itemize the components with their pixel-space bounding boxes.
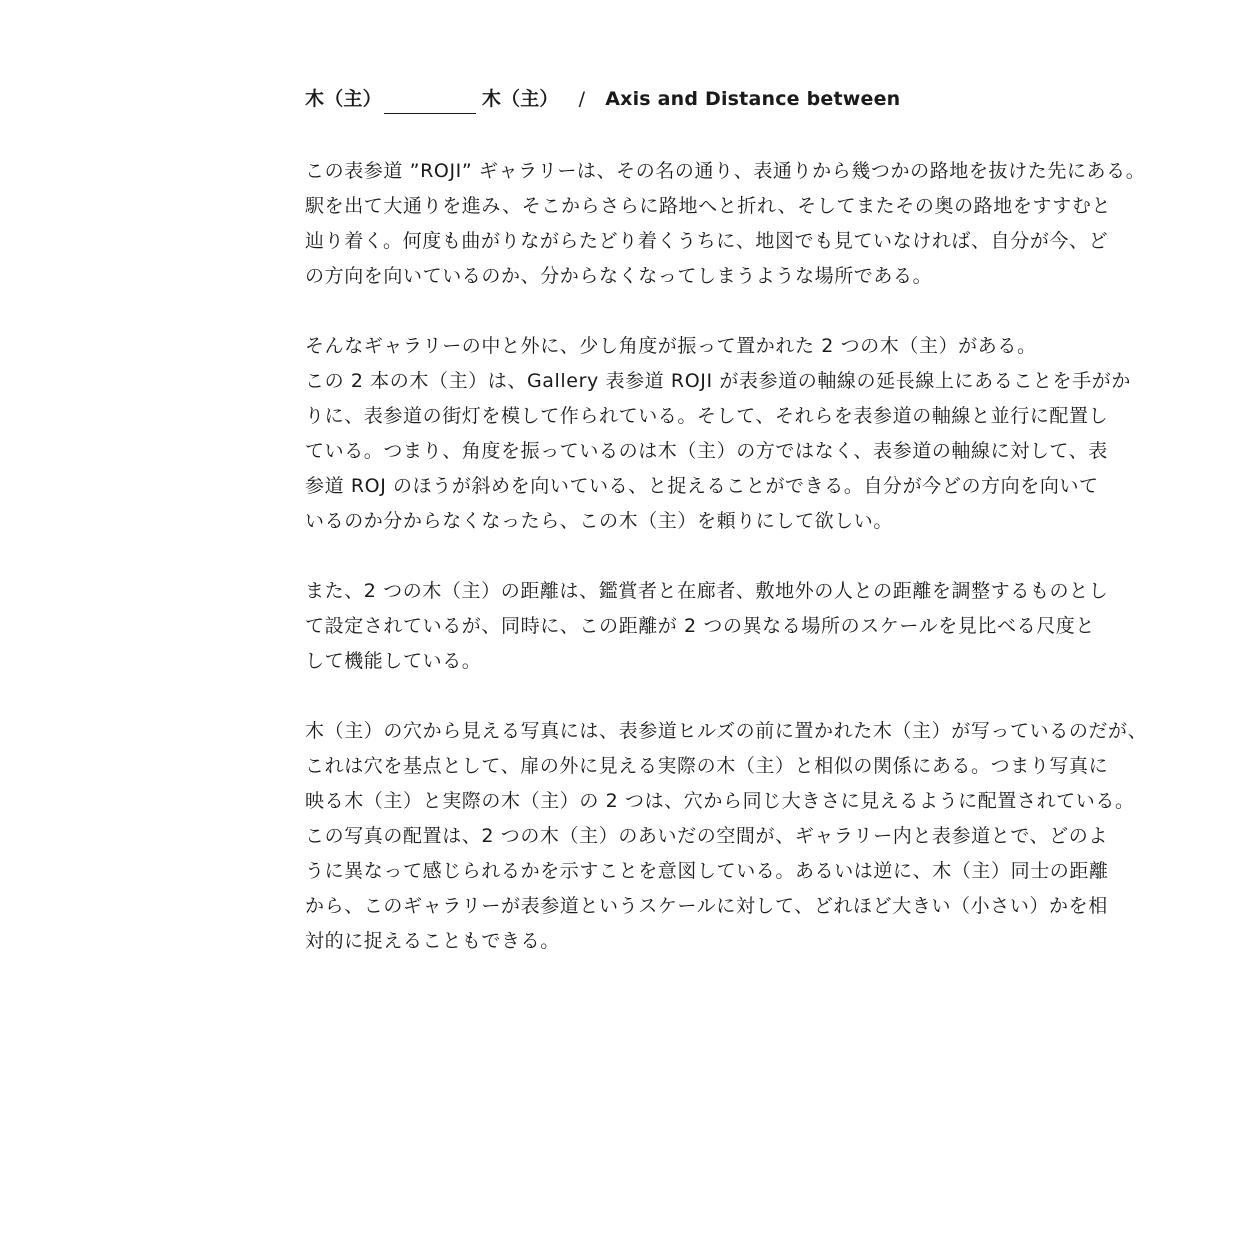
title-left-term: 木（主） (305, 88, 382, 110)
text-line: また、2 つの木（主）の距離は、鑑賞者と在廊者、敷地外の人との距離を調整するもの… (305, 574, 1165, 609)
paragraph-3: また、2 つの木（主）の距離は、鑑賞者と在廊者、敷地外の人との距離を調整するもの… (305, 574, 1165, 679)
text-line: いるのか分からなくなったら、この木（主）を頼りにして欲しい。 (305, 504, 1165, 539)
paragraph-1: この表参道 ”ROJI” ギャラリーは、その名の通り、表通りから幾つかの路地を抜… (305, 154, 1165, 294)
text-line: 参道 ROJ のほうが斜めを向いている、と捉えることができる。自分が今どの方向を… (305, 469, 1165, 504)
text-line: この 2 本の木（主）は、Gallery 表参道 ROJI が表参道の軸線の延長… (305, 364, 1165, 399)
text-line: 対的に捉えることもできる。 (305, 924, 1165, 959)
paragraph-4: 木（主）の穴から見える写真には、表参道ヒルズの前に置かれた木（主）が写っているの… (305, 714, 1165, 959)
text-line: りに、表参道の街灯を模して作られている。そして、それらを表参道の軸線と並行に配置… (305, 399, 1165, 434)
text-line: そんなギャラリーの中と外に、少し角度が振って置かれた 2 つの木（主）がある。 (305, 329, 1165, 364)
text-line: して機能している。 (305, 644, 1165, 679)
text-line: 映る木（主）と実際の木（主）の 2 つは、穴から同じ大きさに見えるように配置され… (305, 784, 1165, 819)
title-slash: / (579, 88, 586, 110)
text-line: うに異なって感じられるかを示すことを意図している。あるいは逆に、木（主）同士の距… (305, 854, 1165, 889)
title-english: Axis and Distance between (605, 88, 900, 110)
text-line: これは穴を基点として、扉の外に見える実際の木（主）と相似の関係にある。つまり写真… (305, 749, 1165, 784)
text-line: 駅を出て大通りを進み、そこからさらに路地へと折れ、そしてまたその奥の路地をすすむ… (305, 189, 1165, 224)
text-line: ている。つまり、角度を振っているのは木（主）の方ではなく、表参道の軸線に対して、… (305, 434, 1165, 469)
paragraph-2: そんなギャラリーの中と外に、少し角度が振って置かれた 2 つの木（主）がある。 … (305, 329, 1165, 539)
text-line: 木（主）の穴から見える写真には、表参道ヒルズの前に置かれた木（主）が写っているの… (305, 714, 1165, 749)
title-underline-rule (384, 91, 476, 114)
document-page: 木（主）木（主）/Axis and Distance between この表参道… (305, 84, 1165, 994)
text-line: この写真の配置は、2 つの木（主）のあいだの空間が、ギャラリー内と表参道とで、ど… (305, 819, 1165, 854)
document-title: 木（主）木（主）/Axis and Distance between (305, 84, 1165, 114)
text-line: の方向を向いているのか、分からなくなってしまうような場所である。 (305, 259, 1165, 294)
text-line: から、このギャラリーが表参道というスケールに対して、どれほど大きい（小さい）かを… (305, 889, 1165, 924)
text-line: この表参道 ”ROJI” ギャラリーは、その名の通り、表通りから幾つかの路地を抜… (305, 154, 1165, 189)
text-line: て設定されているが、同時に、この距離が 2 つの異なる場所のスケールを見比べる尺… (305, 609, 1165, 644)
text-line: 辿り着く。何度も曲がりながらたどり着くうちに、地図でも見ていなければ、自分が今、… (305, 224, 1165, 259)
title-right-term: 木（主） (482, 88, 559, 110)
